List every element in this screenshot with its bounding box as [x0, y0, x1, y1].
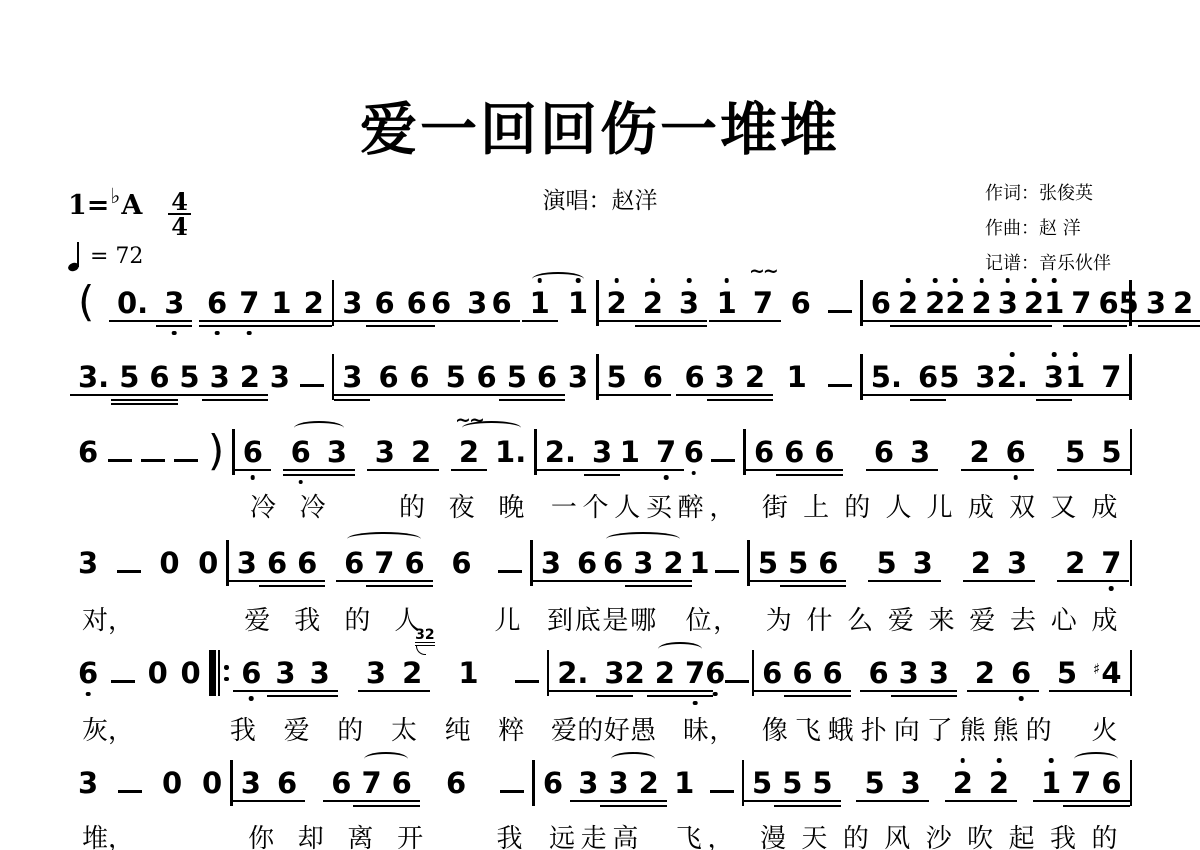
note: 6 [78, 437, 98, 467]
underline [269, 800, 305, 802]
note: 6 [792, 658, 812, 688]
beam-group: 65 [409, 362, 465, 392]
lyrics-cell: 你却离开 我 [236, 818, 534, 850]
beam-group: 176 [1044, 288, 1119, 318]
note: 3 [342, 362, 362, 392]
octave-dot-low [172, 331, 177, 336]
underline [235, 469, 271, 471]
underline [366, 320, 402, 322]
beam-group: 63 [874, 437, 930, 467]
note: 2 [953, 768, 973, 798]
music-row: 3003666766366321556532327 [70, 548, 1132, 586]
underline [296, 325, 332, 327]
system-row: 3.565323366565635663215.6532.317 [70, 362, 1132, 400]
beam-group: 1 [689, 548, 709, 578]
beam-group [141, 437, 165, 467]
underline [358, 690, 394, 692]
underline [141, 403, 177, 405]
underline [334, 394, 370, 396]
note: 7 [656, 437, 676, 467]
note: 5 [607, 362, 627, 392]
octave-dot-high [1010, 352, 1015, 357]
note: 1 [674, 768, 694, 798]
underline [267, 690, 303, 692]
beam-group: 1 [674, 768, 694, 798]
beam-group: 0 [180, 658, 200, 688]
note: 6 [404, 548, 424, 578]
note [141, 437, 165, 467]
underline [384, 800, 420, 802]
beam-group [715, 548, 739, 578]
measure: 36656563 [334, 362, 596, 392]
underline [671, 325, 707, 327]
underline [745, 320, 781, 322]
lyrics-cell: 像飞蛾扑向了熊熊的 火 [750, 710, 1130, 747]
note: 5. [871, 362, 902, 392]
beam-group [710, 768, 734, 798]
underline [599, 320, 635, 322]
beam-group: 3 [78, 768, 98, 798]
note: 3 [929, 658, 949, 688]
note: 6 [543, 768, 563, 798]
underline [967, 690, 1003, 692]
underline [804, 800, 840, 802]
beam-group [711, 437, 735, 467]
note: 6 [378, 362, 398, 392]
measure: 666632655 [746, 437, 1130, 467]
octave-dot-high [1052, 278, 1057, 283]
grace-notes: 32 [415, 628, 434, 655]
system-row: 600633323212.32276666633265♯4灰，我爱的太纯粹爱的好… [70, 658, 1132, 696]
beam-group: 366 [342, 288, 427, 318]
credit-transcriber: 记谱：音乐伙伴 [985, 246, 1111, 281]
underline [1057, 394, 1093, 396]
measure: 366321 [533, 548, 748, 578]
beam-group [498, 548, 522, 578]
beam-group: 23 [971, 548, 1027, 578]
key-tonic: A [121, 190, 142, 221]
note: 6 [874, 437, 894, 467]
credit-composer: 作曲：赵 洋 [985, 211, 1111, 246]
beam-group: 5♯4 [1057, 658, 1122, 693]
underline [1165, 325, 1200, 327]
octave-dot-low [247, 331, 252, 336]
barline [1130, 429, 1133, 475]
underline [856, 800, 892, 802]
music-row: 300366766633215555322176 [70, 768, 1132, 806]
lyrics-cell: 对， [70, 600, 230, 637]
note [828, 288, 852, 318]
note: 3 [913, 548, 933, 578]
note: 5 [1119, 288, 1139, 318]
measure: 2.3176 [537, 437, 744, 467]
underline [367, 469, 403, 471]
note: 3 [164, 288, 184, 318]
note: 5 [119, 362, 139, 392]
octave-dot-high [1049, 758, 1054, 763]
underline [231, 320, 267, 322]
underline [866, 469, 902, 471]
lyrics-row: 冷冷 的夜晚一个人买醉，街上的人儿成双又成 [70, 487, 1132, 524]
note [498, 548, 522, 578]
note: 2 [240, 362, 260, 392]
slur-arc [364, 752, 408, 766]
beam-group: 332 [578, 768, 659, 798]
beam-group: 6 [451, 548, 471, 578]
note: 6 [1098, 288, 1118, 318]
beam-group: 227 [625, 658, 706, 688]
octave-dot-low [251, 475, 256, 480]
repeat-thick-bar [211, 650, 216, 696]
octave-dot-low [1109, 586, 1114, 591]
octave-dot-low [713, 692, 718, 697]
beam-group: 556 [758, 548, 839, 578]
note [715, 548, 739, 578]
beam-group [174, 437, 198, 467]
barline [1129, 354, 1132, 400]
measure: 3.565323 [70, 362, 332, 392]
system-row: 6)663322~~1.2.3176666632655冷冷 的夜晚一个人买醉，街… [70, 437, 1132, 475]
beam-group: 532 [1119, 288, 1194, 318]
dash [725, 680, 749, 683]
slur-arc [658, 642, 702, 656]
beam-group: 223 [607, 288, 700, 318]
note: 0 [198, 548, 218, 578]
lyrics-cell: 漫天的风沙吹起我的 [748, 818, 1130, 850]
beam-group: 1 [458, 658, 478, 688]
measure: 366766 [233, 768, 533, 798]
beam-group: 632 [603, 548, 684, 578]
underline [231, 325, 267, 327]
lyrics-cell: 到底是哪 位， [535, 600, 751, 637]
note: 2 [411, 437, 431, 467]
note [108, 437, 132, 467]
underline [655, 585, 691, 587]
music-row: 600633323212.32276666633265♯4 [70, 658, 1132, 696]
beam-group: 6 [684, 437, 704, 467]
note: 5 [1065, 437, 1085, 467]
note: 5 [1057, 658, 1077, 688]
note: 5 [788, 548, 808, 578]
underline [998, 469, 1034, 471]
underline [366, 325, 402, 327]
note: 3 [275, 658, 295, 688]
note: 2 [971, 548, 991, 578]
underline [981, 800, 1017, 802]
note [111, 658, 135, 688]
dash [117, 570, 141, 573]
slur-arc [1074, 752, 1118, 766]
credit-lyricist: 作词：张俊英 [985, 176, 1111, 211]
beam-group: 63 [431, 288, 487, 318]
beam-group: 22 [953, 768, 1009, 798]
note [500, 768, 524, 798]
time-signature: 4 4 [168, 190, 191, 238]
underline [334, 320, 370, 322]
note: 2 [639, 768, 659, 798]
dash [498, 570, 522, 573]
measure: 63321 [535, 768, 742, 798]
note [118, 768, 142, 798]
underline [584, 474, 620, 476]
underline [1165, 320, 1200, 322]
beam-group: 676 [331, 768, 412, 798]
octave-dot-high [687, 278, 692, 283]
note: 6 [818, 548, 838, 578]
note [711, 437, 735, 467]
beam-group [515, 658, 539, 688]
note: 6 [297, 548, 317, 578]
underline [289, 585, 325, 587]
octave-dot-high [953, 278, 958, 283]
note [710, 768, 734, 798]
underline [394, 690, 430, 692]
underline [910, 399, 946, 401]
note: 3 [975, 362, 995, 392]
note: 6 [871, 288, 891, 318]
lyrics-cell: 爱我的人 儿 [232, 600, 532, 637]
underline [1057, 580, 1093, 582]
octave-dot-high [724, 278, 729, 283]
credits-block: 作词：张俊英 作曲：赵 洋 记谱：音乐伙伴 [985, 176, 1111, 281]
lyrics-row: 对，爱我的人 儿到底是哪 位，为什么爱来爱去心成 [70, 600, 1132, 637]
note: 6 [705, 658, 725, 688]
barline [1130, 650, 1133, 696]
note: 6 [344, 548, 364, 578]
measure: 2.32276 [549, 658, 751, 688]
note: 6 [754, 437, 774, 467]
underline [921, 690, 957, 692]
note: 3 [899, 658, 919, 688]
underline [963, 580, 999, 582]
measure: 666633265♯4 [754, 658, 1129, 693]
note: 6 [603, 548, 623, 578]
dash [500, 790, 524, 793]
underline [945, 800, 981, 802]
underline [141, 399, 177, 401]
beam-group: 633 [868, 658, 949, 688]
note: 3 [901, 768, 921, 798]
system-row: (0.367123666361122317~~66222232176532 [70, 288, 1132, 326]
underline [199, 320, 235, 322]
note: 6 [291, 437, 311, 467]
lyrics-row: 灰，我爱的太纯粹爱的好愚 昧，像飞蛾扑向了熊熊的 火 [70, 710, 1132, 747]
note: 0 [148, 658, 168, 688]
note: 2 [1065, 548, 1085, 578]
beam-group: 6 [78, 437, 98, 467]
note: 3 [1044, 362, 1064, 392]
underline [1049, 690, 1085, 692]
slur-arc [347, 532, 421, 546]
underline [533, 580, 569, 582]
beam-group: 3 [270, 362, 290, 392]
slur-arc [606, 532, 680, 546]
note: 7~~ [753, 288, 773, 318]
underline [631, 800, 667, 802]
beam-group: 666 [754, 437, 835, 467]
note: 5 [876, 548, 896, 578]
underline [549, 690, 596, 692]
dash [300, 384, 324, 387]
underline [283, 469, 319, 471]
beam-group: 3.56 [78, 362, 170, 392]
octave-dot-high [614, 278, 619, 283]
note: 6 [537, 362, 557, 392]
underline [1093, 469, 1129, 471]
note: 1 [458, 658, 478, 688]
beam-group: 0 [159, 548, 179, 578]
dash [711, 459, 735, 462]
underline [905, 580, 941, 582]
beam-group: 611 [491, 288, 588, 318]
octave-dot-high [1073, 352, 1078, 357]
note: 6 [823, 658, 843, 688]
note: 6 [267, 548, 287, 578]
music-row: 6)663322~~1.2.3176666632655 [70, 437, 1132, 475]
lyrics-cell: 冷冷 的夜晚 [238, 487, 536, 524]
beam-group: 1 [787, 362, 807, 392]
underline [806, 469, 842, 471]
note: 1 [1065, 362, 1085, 392]
note: 6 [868, 658, 888, 688]
octave-dot-low [664, 475, 669, 480]
tempo-marking: = 72 [68, 240, 143, 272]
barline [1130, 540, 1133, 586]
note: 3 [715, 362, 735, 392]
underline [156, 325, 192, 327]
octave-dot-low [1019, 696, 1024, 701]
underline [1093, 394, 1129, 396]
note: 6 [374, 288, 394, 318]
dash [828, 384, 852, 387]
key-do: 1= [68, 190, 109, 221]
sharp-icon: ♯ [1093, 660, 1100, 678]
note: 3 [375, 437, 395, 467]
underline [302, 690, 338, 692]
lyrics-cell: 一个人买醉， [539, 487, 748, 524]
note: 3 [327, 437, 347, 467]
underline [1036, 399, 1072, 401]
underline [263, 325, 299, 327]
measure: 63332321 [211, 658, 547, 688]
octave-dot-low [249, 696, 254, 701]
underline [232, 399, 268, 401]
underline [612, 469, 648, 471]
underline [199, 325, 235, 327]
measure: 300 [70, 768, 230, 798]
note: 6 [491, 288, 511, 318]
note: 3 [679, 288, 699, 318]
beam-group: 55 [1065, 437, 1121, 467]
octave-dot-low [692, 471, 697, 476]
note: 3 [366, 658, 386, 688]
underline [737, 399, 773, 401]
underline [671, 320, 707, 322]
note: 1 [1044, 288, 1064, 318]
note: 5 [507, 362, 527, 392]
underline [1003, 690, 1039, 692]
note: 6 [577, 548, 597, 578]
note: 5 [446, 362, 466, 392]
dash [118, 790, 142, 793]
note: 3 [467, 288, 487, 318]
note: 2 [745, 362, 765, 392]
beam-group: 0 [202, 768, 222, 798]
beam-group [118, 768, 142, 798]
beam-group: ( [78, 288, 94, 323]
note: 3 [910, 437, 930, 467]
note: 6 [451, 548, 471, 578]
measure: 300 [70, 548, 226, 578]
underline [815, 690, 851, 692]
note: 3 [270, 362, 290, 392]
beam-group: 3232 [366, 658, 422, 688]
dash [108, 459, 132, 462]
measure: 566321 [599, 362, 861, 392]
music-row: (0.367123666361122317~~66222232176532 [70, 288, 1132, 326]
octave-dot-high [1006, 278, 1011, 283]
beam-group: 676 [344, 548, 425, 578]
grace-slur-icon [416, 646, 426, 655]
note: 6 [78, 658, 98, 688]
beam-group: 2.3 [997, 362, 1064, 392]
dash [710, 790, 734, 793]
note: 0 [162, 768, 182, 798]
beam-group: 632 [684, 362, 765, 392]
underline [483, 320, 519, 322]
underline [631, 805, 667, 807]
underline [1016, 325, 1052, 327]
note: 0 [202, 768, 222, 798]
octave-dot-low [693, 701, 698, 706]
underline [596, 695, 632, 697]
beam-group: 36 [342, 362, 398, 392]
note: 1 [530, 288, 550, 318]
note: 7 [1101, 548, 1121, 578]
note: 7 [239, 288, 259, 318]
note: 5 [782, 768, 802, 798]
underline [863, 394, 910, 396]
note: 2 [663, 548, 683, 578]
system-row: 300366766633215555322176堆，你却离开 我远走高 飞，漫天… [70, 768, 1132, 806]
key-signature: 1=♭A 4 4 [68, 190, 191, 238]
beam-group: 6 [243, 437, 263, 467]
dash [141, 459, 165, 462]
note: 6 [918, 362, 938, 392]
note: 6 [149, 362, 169, 392]
underline [1093, 805, 1129, 807]
note: 5 [179, 362, 199, 392]
octave-dot-high [979, 278, 984, 283]
underline [893, 800, 929, 802]
note [117, 548, 141, 578]
beam-group: 26 [975, 658, 1031, 688]
note: 1 [620, 437, 640, 467]
underline [804, 805, 840, 807]
note: 3 [633, 548, 653, 578]
underline [401, 394, 437, 396]
underline [810, 585, 846, 587]
note: ) [208, 430, 224, 472]
note: 6 [762, 658, 782, 688]
beam-group: 176 [1041, 768, 1122, 798]
octave-dot-high [1032, 278, 1037, 283]
measure: 3666766 [229, 548, 531, 578]
beam-group: 6712 [207, 288, 324, 318]
underline [655, 580, 691, 582]
beam-group [500, 768, 524, 798]
underline [677, 690, 713, 692]
